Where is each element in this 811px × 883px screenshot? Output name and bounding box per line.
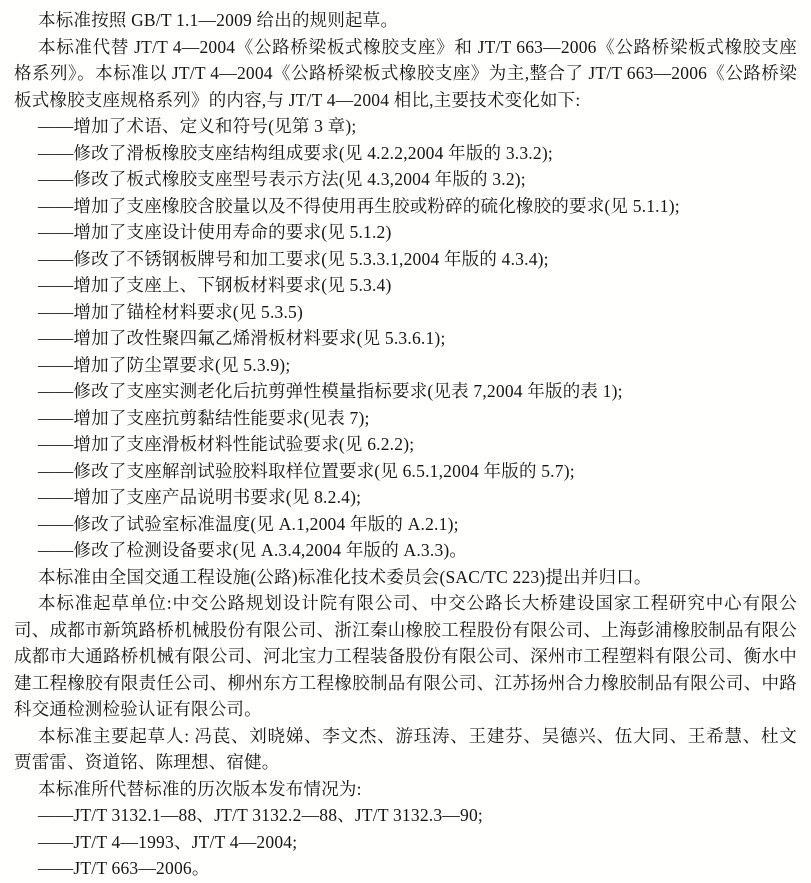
text-line: ——增加了支座上、下钢板材料要求(见 5.3.4): [14, 272, 797, 299]
text-line: ——修改了滑板橡胶支座结构组成要求(见 4.2.2,2004 年版的 3.3.2…: [14, 140, 797, 167]
text-line: ——增加了改性聚四氟乙烯滑板材料要求(见 5.3.6.1);: [14, 325, 797, 352]
text-line: ——增加了支座产品说明书要求(见 8.2.4);: [14, 484, 797, 511]
text-line: 建工程橡胶有限责任公司、柳州东方工程橡胶制品有限公司、江苏扬州合力橡胶制品有限公…: [14, 670, 797, 697]
text-line: ——JT/T 4—1993、JT/T 4—2004;: [14, 829, 797, 856]
text-line: ——增加了锚栓材料要求(见 5.3.5): [14, 299, 797, 326]
text-line: ——增加了支座设计使用寿命的要求(见 5.1.2): [14, 219, 797, 246]
text-line: 成都市大通路桥机械有限公司、河北宝力工程装备股份有限公司、深州市工程塑料有限公司…: [14, 643, 797, 670]
text-line: 格系列》。本标准以 JT/T 4—2004《公路桥梁板式橡胶支座》为主,整合了 …: [14, 60, 797, 87]
text-line: 板式橡胶支座规格系列》的内容,与 JT/T 4—2004 相比,主要技术变化如下…: [14, 87, 797, 114]
text-line: ——增加了支座抗剪黏结性能要求(见表 7);: [14, 405, 797, 432]
document-page: 本标准按照 GB/T 1.1—2009 给出的规则起草。本标准代替 JT/T 4…: [0, 0, 811, 883]
text-line: 本标准所代替标准的历次版本发布情况为:: [14, 776, 797, 803]
text-line: 贾雷雷、资道铭、陈理想、宿健。: [14, 749, 797, 776]
text-line: ——修改了检测设备要求(见 A.3.4,2004 年版的 A.3.3)。: [14, 537, 797, 564]
foreword-body: 本标准按照 GB/T 1.1—2009 给出的规则起草。本标准代替 JT/T 4…: [14, 7, 797, 882]
text-line: 本标准由全国交通工程设施(公路)标准化技术委员会(SAC/TC 223)提出并归…: [14, 564, 797, 591]
text-line: ——JT/T 663—2006。: [14, 855, 797, 882]
text-line: ——JT/T 3132.1—88、JT/T 3132.2—88、JT/T 313…: [14, 802, 797, 829]
text-line: 本标准按照 GB/T 1.1—2009 给出的规则起草。: [14, 7, 797, 34]
text-line: ——增加了术语、定义和符号(见第 3 章);: [14, 113, 797, 140]
text-line: ——增加了支座橡胶含胶量以及不得使用再生胶或粉碎的硫化橡胶的要求(见 5.1.1…: [14, 193, 797, 220]
text-line: 司、成都市新筑路桥机械股份有限公司、浙江秦山橡胶工程股份有限公司、上海彭浦橡胶制…: [14, 617, 797, 644]
text-line: ——修改了支座解剖试验胶料取样位置要求(见 6.5.1,2004 年版的 5.7…: [14, 458, 797, 485]
text-line: ——修改了板式橡胶支座型号表示方法(见 4.3,2004 年版的 3.2);: [14, 166, 797, 193]
text-line: 本标准起草单位:中交公路规划设计院有限公司、中交公路长大桥建设国家工程研究中心有…: [14, 590, 797, 617]
text-line: ——修改了支座实测老化后抗剪弹性模量指标要求(见表 7,2004 年版的表 1)…: [14, 378, 797, 405]
text-line: 科交通检测检验认证有限公司。: [14, 696, 797, 723]
text-line: 本标准代替 JT/T 4—2004《公路桥梁板式橡胶支座》和 JT/T 663—…: [14, 34, 797, 61]
text-line: ——修改了不锈钢板牌号和加工要求(见 5.3.3.1,2004 年版的 4.3.…: [14, 246, 797, 273]
text-line: ——修改了试验室标准温度(见 A.1,2004 年版的 A.2.1);: [14, 511, 797, 538]
text-line: ——增加了防尘罩要求(见 5.3.9);: [14, 352, 797, 379]
text-line: ——增加了支座滑板材料性能试验要求(见 6.2.2);: [14, 431, 797, 458]
text-line: 本标准主要起草人: 冯苠、刘晓娣、李文杰、游珏涛、王建芬、吴德兴、伍大同、王希慧…: [14, 723, 797, 750]
